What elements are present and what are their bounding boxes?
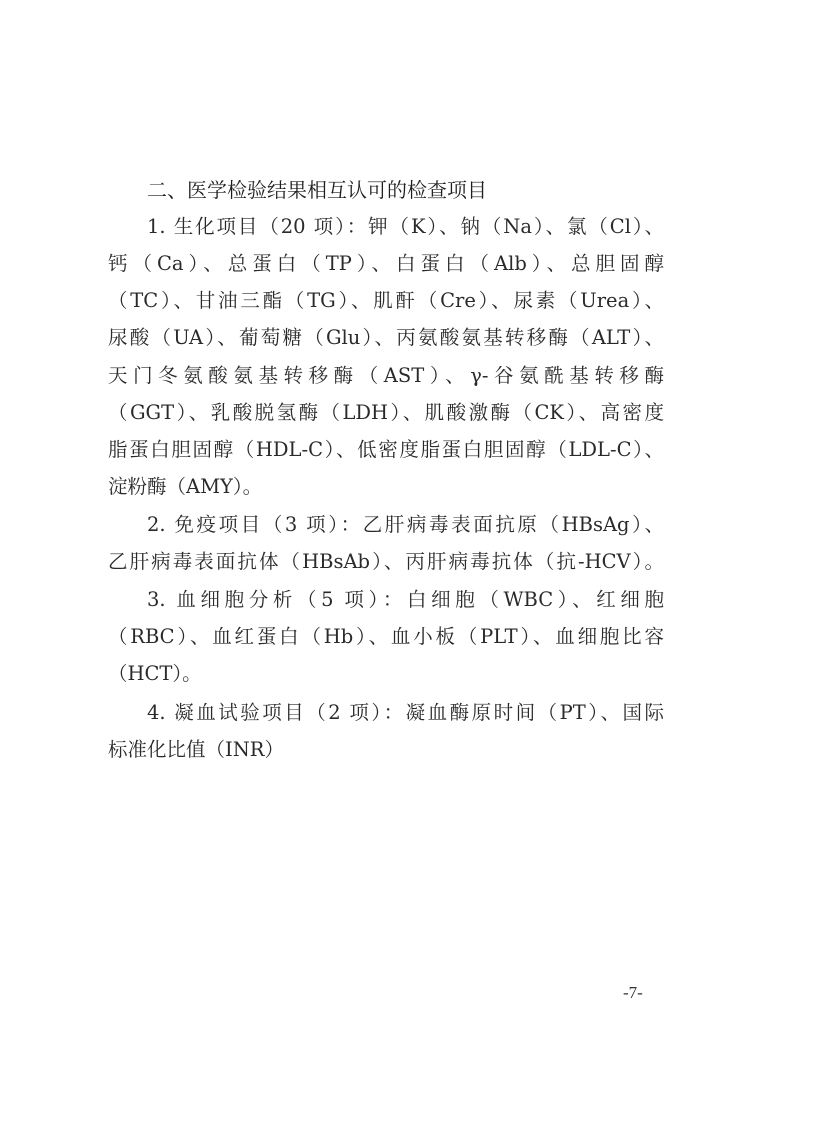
paragraph-line: 3. 血细胞分析（5 项）：白细胞（WBC）、红细胞 bbox=[147, 587, 664, 613]
paragraph-line: 1. 生化项目（20 项）：钾（K）、钠（Na）、氯（Cl）、 bbox=[147, 214, 664, 240]
paragraph-line: 脂蛋白胆固醇（HDL-C）、低密度脂蛋白胆固醇（LDL-C）、 bbox=[108, 437, 664, 463]
paragraph-line: 天门冬氨酸氨基转移酶（AST）、γ-谷氨酰基转移酶 bbox=[108, 363, 664, 389]
document-page: 二、医学检验结果相互认可的检查项目 1. 生化项目（20 项）：钾（K）、钠（N… bbox=[0, 0, 815, 1121]
paragraph-line: 淀粉酶（AMY）。 bbox=[108, 474, 664, 500]
paragraph-line: 钙（Ca）、总蛋白（TP）、白蛋白（Alb）、总胆固醇 bbox=[108, 251, 664, 277]
paragraph-line: 2. 免疫项目（3 项）：乙肝病毒表面抗原（HBsAg）、 bbox=[147, 512, 664, 538]
paragraph-line: （RBC）、血红蛋白（Hb）、血小板（PLT）、血细胞比容 bbox=[108, 624, 664, 650]
paragraph-line: 标准化比值（INR） bbox=[108, 737, 664, 763]
paragraph-line: 乙肝病毒表面抗体（HBsAb）、丙肝病毒抗体（抗-HCV）。 bbox=[108, 549, 664, 575]
paragraph-line: （TC）、甘油三酯（TG）、肌酐（Cre）、尿素（Urea）、 bbox=[108, 288, 664, 314]
page-number: -7- bbox=[623, 983, 643, 1003]
paragraph-line: （GGT）、乳酸脱氢酶（LDH）、肌酸激酶（CK）、高密度 bbox=[108, 400, 664, 426]
paragraph-line: 尿酸（UA）、葡萄糖（Glu）、丙氨酸氨基转移酶（ALT）、 bbox=[108, 325, 664, 351]
paragraph-line: （HCT）。 bbox=[108, 661, 664, 687]
paragraph-line: 4. 凝血试验项目（2 项）：凝血酶原时间（PT）、国际 bbox=[147, 700, 664, 726]
section-heading: 二、医学检验结果相互认可的检查项目 bbox=[147, 177, 487, 203]
